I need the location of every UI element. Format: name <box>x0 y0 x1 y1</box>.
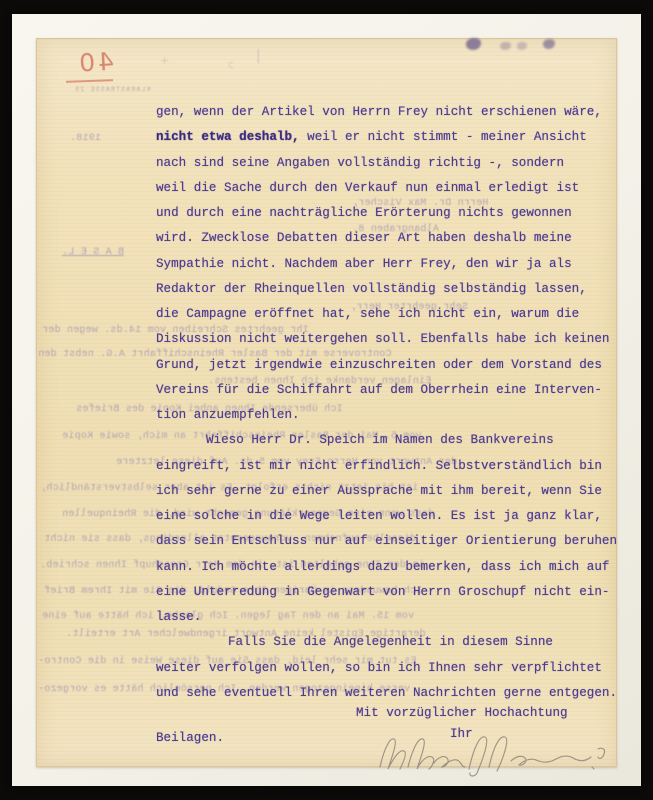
letter-line: eine Unterredung in Gegenwart von Herrn … <box>156 580 622 605</box>
letter-line: Falls Sie die Angelegenheit in diesem Si… <box>156 630 622 655</box>
valediction: Mit vorzüglicher Hochachtung <box>356 706 568 720</box>
letter-line: dass sein Entschluss nur auf einseitiger… <box>156 529 622 554</box>
letter-line: tion anzuempfehlen. <box>156 403 622 428</box>
letter-line: wird. Zwecklose Debatten dieser Art habe… <box>156 226 622 251</box>
pencil-mark: + <box>160 54 169 67</box>
letter-line: und sehe eventuell Ihren weiteren Nachri… <box>156 681 622 706</box>
letter-line: lasse. <box>156 605 622 630</box>
letter-line: weiter verfolgen wollen, so bin ich Ihne… <box>156 656 622 681</box>
letter-line: Sympathie nicht. Nachdem aber Herr Frey,… <box>156 252 622 277</box>
letter-line: weil die Sache durch den Verkauf nun ein… <box>156 176 622 201</box>
bleedthrough-line: B A S E L. <box>62 247 124 258</box>
signature <box>372 729 606 777</box>
letter-line: Vereins für die Schiffahrt auf dem Oberr… <box>156 378 622 403</box>
scanned-letter-page: { "colors": { "backdrop": "#0b0a08", "ma… <box>0 0 653 800</box>
letter-line: gen, wenn der Artikel von Herrn Frey nic… <box>156 100 622 125</box>
letter-line: Redaktor der Rheinquellen vollständig se… <box>156 277 622 302</box>
letter-line: Diskussion nicht weitergehen soll. Ebenf… <box>156 327 622 352</box>
red-pencil-mark-bleedthrough: 40 <box>65 47 114 78</box>
letter-line: die Campagne eröffnet hat, sehe ich nich… <box>156 302 622 327</box>
letterhead-stamp-bleedthrough: KLARASTRASSE 25 <box>74 86 151 93</box>
letter-line: Wieso Herr Dr. Speich im Namen des Bankv… <box>156 428 622 453</box>
letter-line: nach sind seine Angaben vollständig rich… <box>156 151 622 176</box>
letter-line: Grund, jetzt irgendwie einzuschreiten od… <box>156 353 622 378</box>
pencil-mark: | <box>256 48 261 64</box>
enclosures-note: Beilagen. <box>156 731 224 745</box>
letter-line: nicht etwa deshalb, weil er nicht stimmt… <box>156 125 622 150</box>
letter-line: eine solche in die Wege leiten wollen. E… <box>156 504 622 529</box>
letter-line: ich sehr gerne zu einer Aussprache mit i… <box>156 479 622 504</box>
bleedthrough-line: 1918. <box>70 133 101 144</box>
letter-line: eingreift, ist mir nicht erfindlich. Sel… <box>156 454 622 479</box>
letter-line: kann. Ich möchte allerdings dazu bemerke… <box>156 555 622 580</box>
letter-line: und durch eine nachträgliche Erörterung … <box>156 201 622 226</box>
letter-body: gen, wenn der Artikel von Herrn Frey nic… <box>156 100 622 706</box>
pencil-mark: c <box>228 58 234 71</box>
